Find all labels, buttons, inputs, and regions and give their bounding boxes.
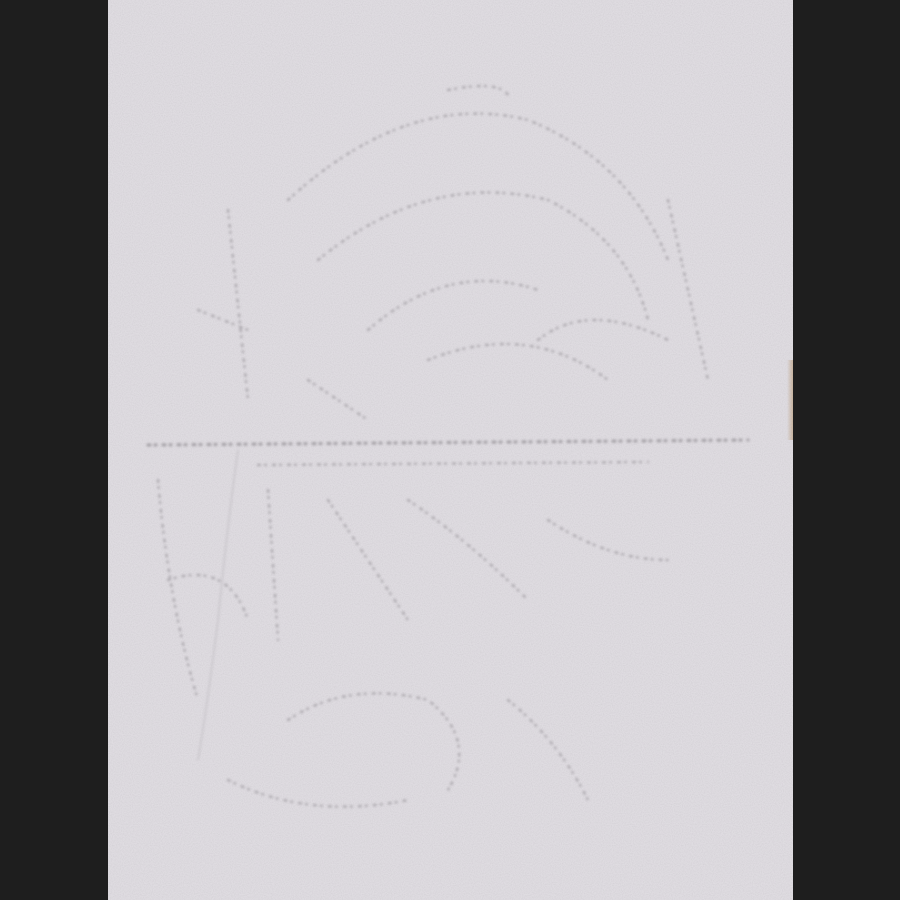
graphite-rubbing-marks — [108, 0, 793, 900]
edge-stain — [787, 360, 793, 440]
paper-sheet — [108, 0, 793, 900]
